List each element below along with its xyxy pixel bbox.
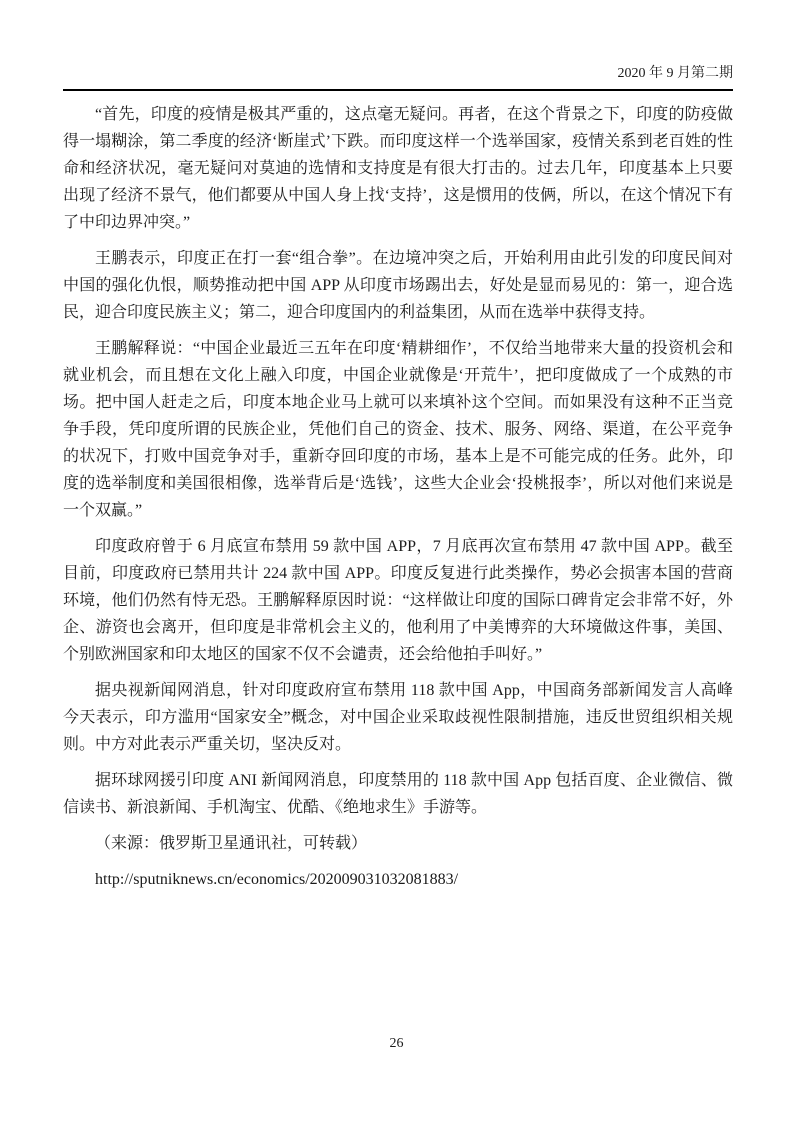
document-page: 2020 年 9 月第二期 “首先，印度的疫情是极其严重的，这点毫无疑问。再者，… [0, 0, 793, 1122]
paragraph-mofcom-response: 据央视新闻网消息，针对印度政府宣布禁用 118 款中国 App，中国商务部新闻发… [63, 677, 733, 758]
page-header: 2020 年 9 月第二期 [63, 64, 733, 91]
paragraph-quote-epidemic: “首先，印度的疫情是极其严重的，这点毫无疑问。再者，在这个背景之下，印度的防疫做… [63, 101, 733, 236]
paragraph-combo-punch: 王鹏表示，印度正在打一套“组合拳”。在边境冲突之后，开始利用由此引发的印度民间对… [63, 245, 733, 326]
paragraph-explanation-market: 王鹏解释说：“中国企业最近三五年在印度‘精耕细作’，不仅给当地带来大量的投资机会… [63, 335, 733, 524]
source-url: http://sputniknews.cn/economics/20200903… [63, 866, 733, 893]
source-line: （来源：俄罗斯卫星通讯社，可转载） [63, 830, 733, 857]
document-body: “首先，印度的疫情是极其严重的，这点毫无疑问。再者，在这个背景之下，印度的防疫做… [63, 101, 733, 902]
page-footer: 26 [0, 1036, 793, 1052]
paragraph-app-ban-counts: 印度政府曾于 6 月底宣布禁用 59 款中国 APP，7 月底再次宣布禁用 47… [63, 533, 733, 668]
paragraph-banned-app-list: 据环球网援引印度 ANI 新闻网消息，印度禁用的 118 款中国 App 包括百… [63, 767, 733, 821]
page-number: 26 [390, 1036, 404, 1051]
issue-label: 2020 年 9 月第二期 [618, 66, 734, 81]
